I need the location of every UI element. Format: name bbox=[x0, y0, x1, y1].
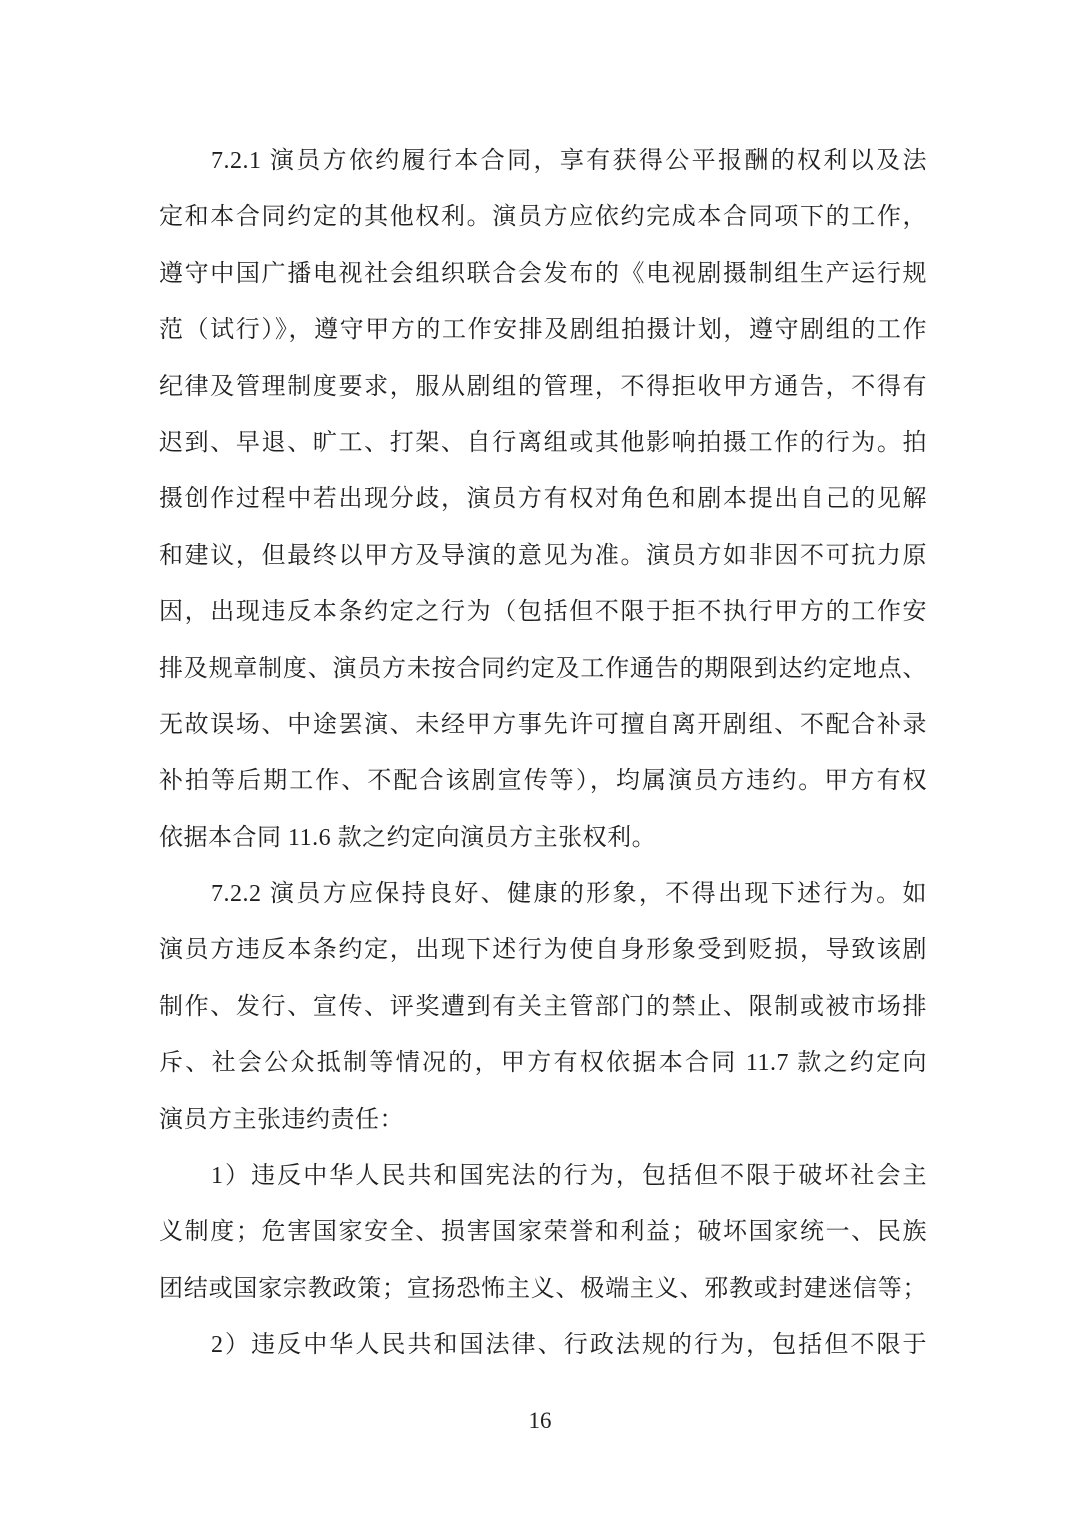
text-line: 纪律及管理制度要求，服从剧组的管理，不得拒收甲方通告，不得有 bbox=[159, 359, 927, 415]
text-line: 依据本合同 11.6 款之约定向演员方主张权利。 bbox=[159, 810, 927, 866]
text-line: 2）违反中华人民共和国法律、行政法规的行为，包括但不限于 bbox=[159, 1317, 927, 1373]
text-line: 7.2.1 演员方依约履行本合同，享有获得公平报酬的权利以及法 bbox=[159, 133, 927, 189]
text-line: 演员方主张违约责任： bbox=[159, 1092, 927, 1148]
contract-text: 7.2.1 演员方依约履行本合同，享有获得公平报酬的权利以及法定和本合同约定的其… bbox=[159, 133, 927, 1374]
text-line: 义制度；危害国家安全、损害国家荣誉和利益；破坏国家统一、民族 bbox=[159, 1204, 927, 1260]
text-line: 制作、发行、宣传、评奖遭到有关主管部门的禁止、限制或被市场排 bbox=[159, 979, 927, 1035]
text-line: 斥、社会公众抵制等情况的，甲方有权依据本合同 11.7 款之约定向 bbox=[159, 1035, 927, 1091]
text-line: 无故误场、中途罢演、未经甲方事先许可擅自离开剧组、不配合补录 bbox=[159, 697, 927, 753]
text-line: 排及规章制度、演员方未按合同约定及工作通告的期限到达约定地点、 bbox=[159, 641, 927, 697]
text-line: 摄创作过程中若出现分歧，演员方有权对角色和剧本提出自己的见解 bbox=[159, 471, 927, 527]
text-line: 团结或国家宗教政策；宣扬恐怖主义、极端主义、邪教或封建迷信等； bbox=[159, 1261, 927, 1317]
text-line: 7.2.2 演员方应保持良好、健康的形象，不得出现下述行为。如 bbox=[159, 866, 927, 922]
text-line: 范（试行）》，遵守甲方的工作安排及剧组拍摄计划，遵守剧组的工作 bbox=[159, 302, 927, 358]
text-line: 迟到、早退、旷工、打架、自行离组或其他影响拍摄工作的行为。拍 bbox=[159, 415, 927, 471]
text-line: 定和本合同约定的其他权利。演员方应依约完成本合同项下的工作， bbox=[159, 189, 927, 245]
text-line: 1）违反中华人民共和国宪法的行为，包括但不限于破坏社会主 bbox=[159, 1148, 927, 1204]
page-number: 16 bbox=[0, 1408, 1080, 1434]
document-page: 7.2.1 演员方依约履行本合同，享有获得公平报酬的权利以及法定和本合同约定的其… bbox=[0, 0, 1080, 1527]
text-line: 因，出现违反本条约定之行为（包括但不限于拒不执行甲方的工作安 bbox=[159, 584, 927, 640]
text-line: 遵守中国广播电视社会组织联合会发布的《电视剧摄制组生产运行规 bbox=[159, 246, 927, 302]
text-line: 演员方违反本条约定，出现下述行为使自身形象受到贬损，导致该剧 bbox=[159, 922, 927, 978]
text-line: 和建议，但最终以甲方及导演的意见为准。演员方如非因不可抗力原 bbox=[159, 528, 927, 584]
text-line: 补拍等后期工作、不配合该剧宣传等），均属演员方违约。甲方有权 bbox=[159, 753, 927, 809]
